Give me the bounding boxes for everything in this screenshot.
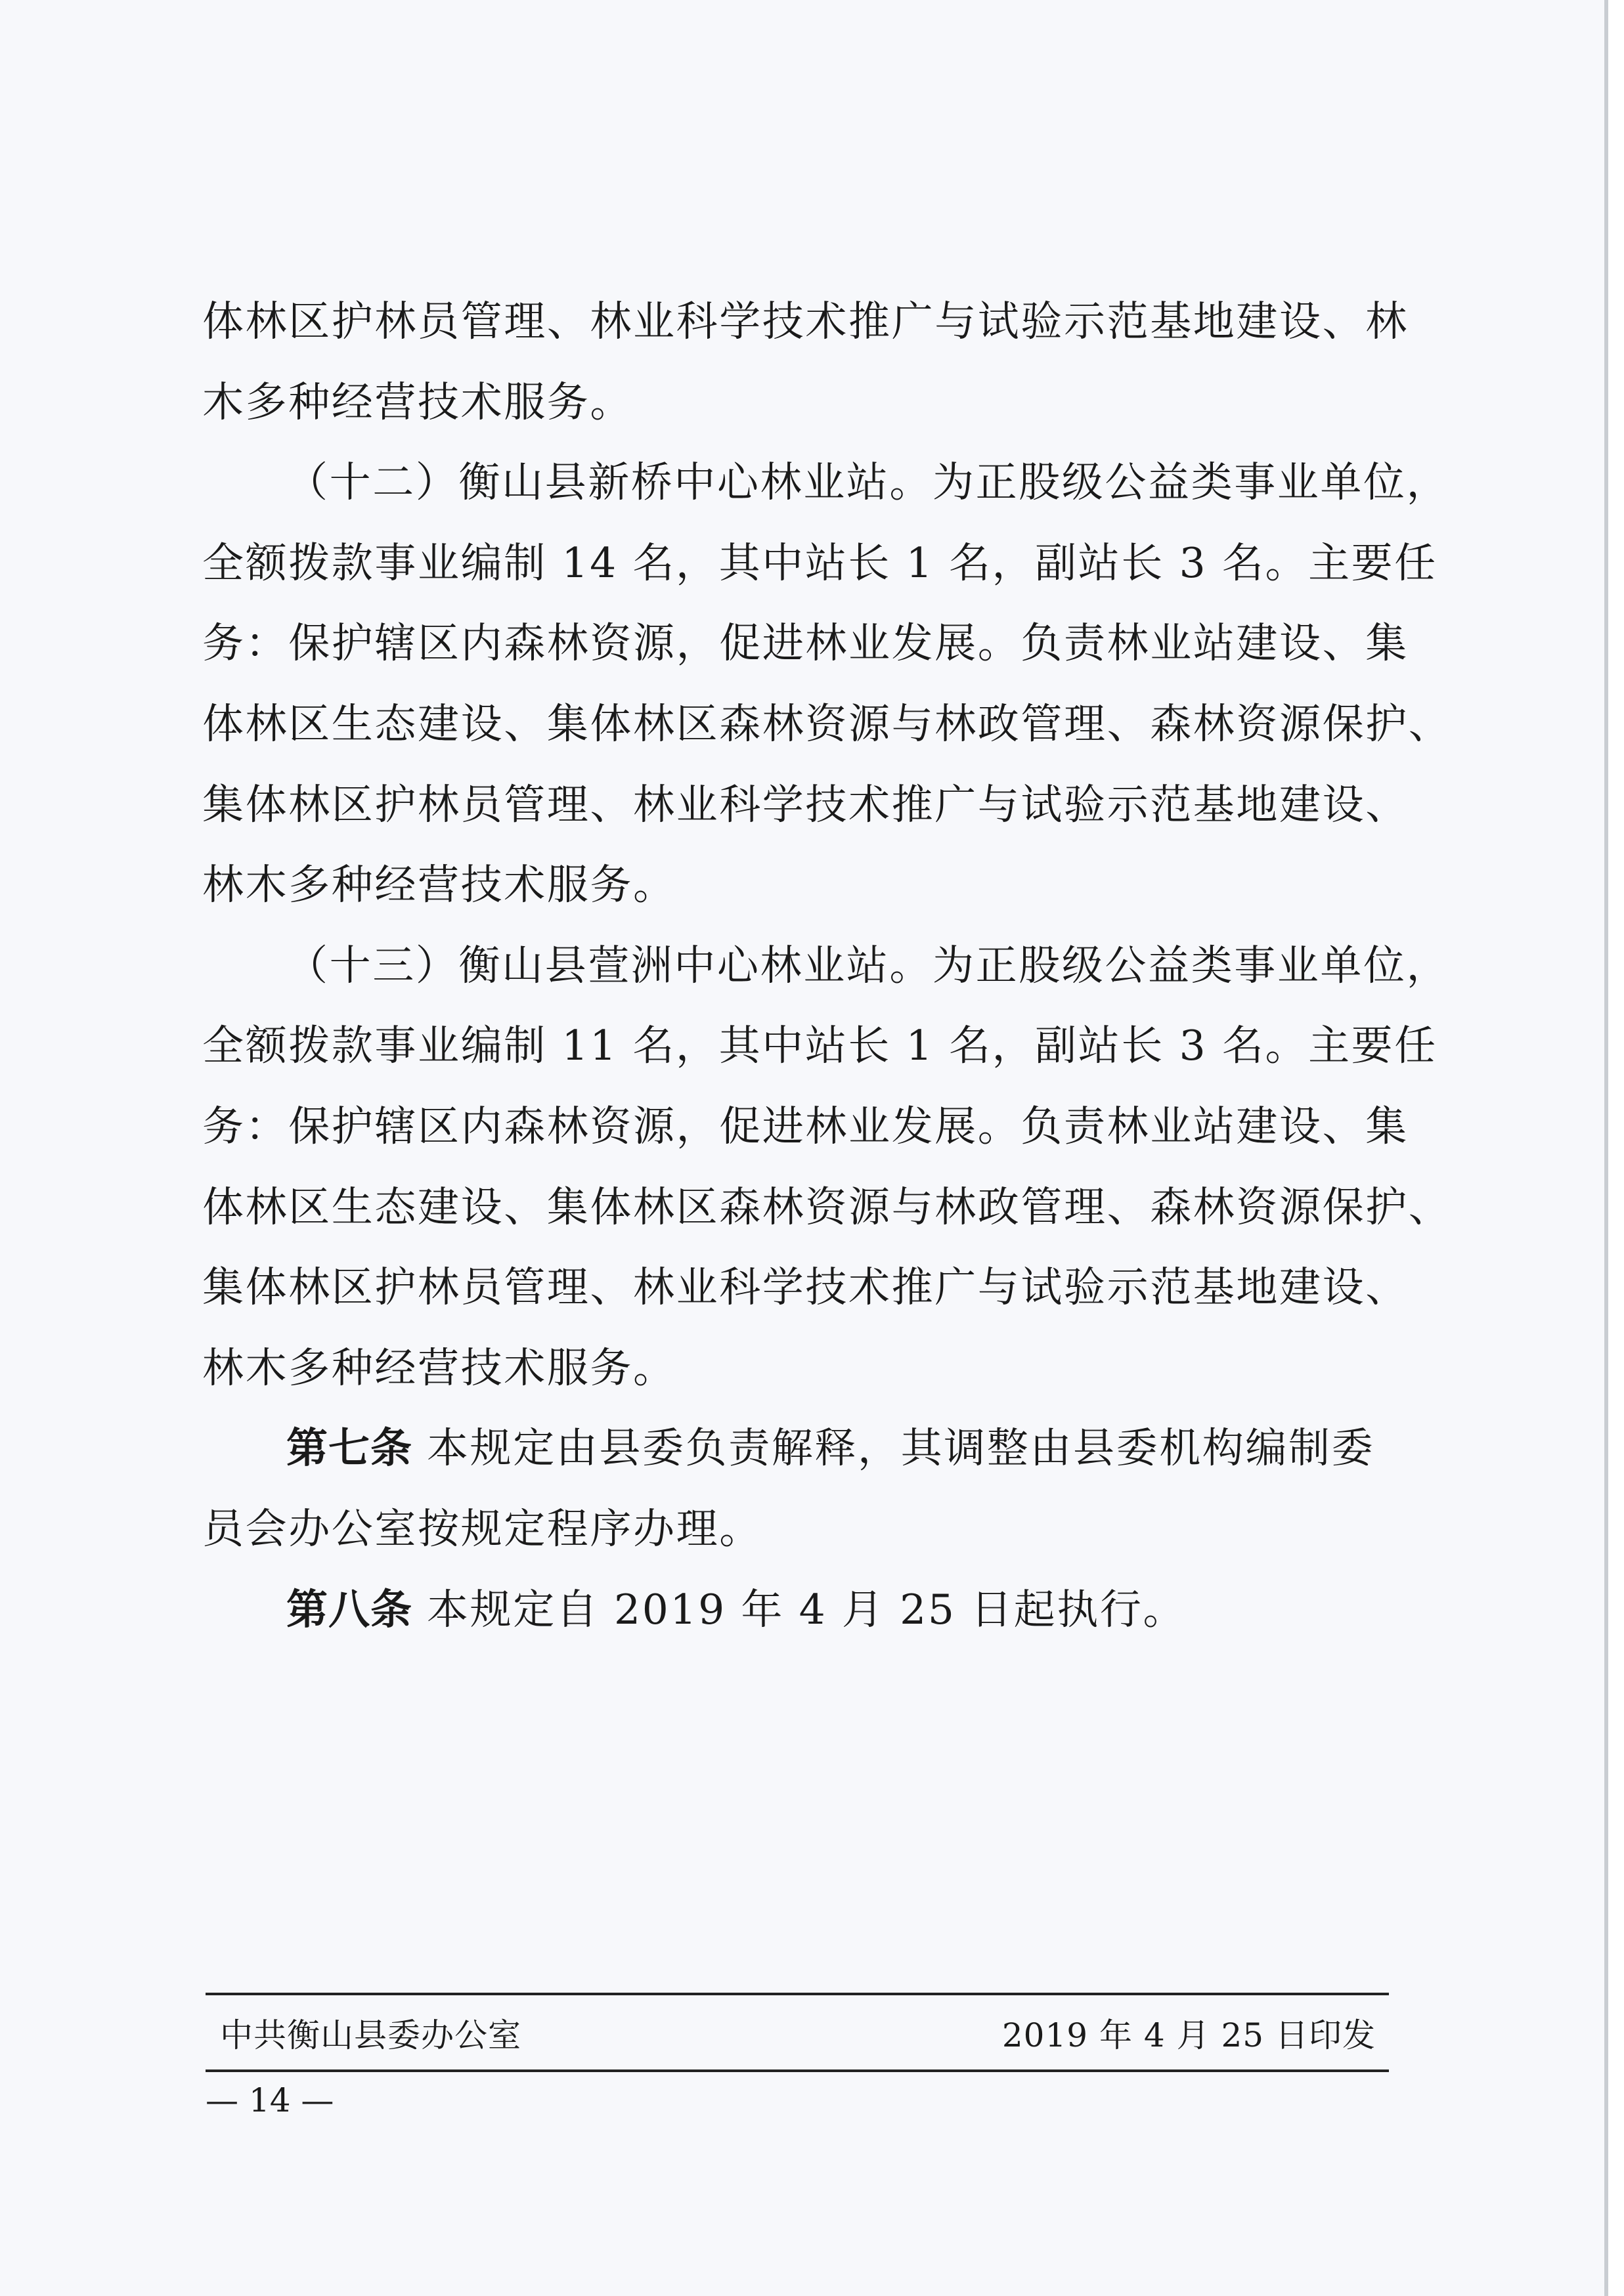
body-line: 务：保护辖区内森林资源，促进林业发展。负责林业站建设、集 <box>202 616 1405 697</box>
body-line: 体林区护林员管理、林业科学技术推广与试验示范基地建设、林 <box>202 294 1405 375</box>
footer-imprint: 中共衡山县委办公室 2019 年 4 月 25 日印发 <box>220 2009 1376 2056</box>
body-line: 全额拨款事业编制 11 名，其中站长 1 名，副站长 3 名。主要任 <box>202 1018 1405 1099</box>
article-7: 第七条本规定由县委负责解释，其调整由县委机构编制委 <box>202 1421 1405 1502</box>
body-line: 体林区生态建设、集体林区森林资源与林政管理、森林资源保护、 <box>202 1180 1405 1261</box>
article-7-continuation: 员会办公室按规定程序办理。 <box>202 1502 1405 1582</box>
article-8-text: 本规定自 2019 年 4 月 25 日起执行。 <box>427 1586 1186 1634</box>
footer-bottom-rule <box>206 2069 1389 2072</box>
body-line: 木多种经营技术服务。 <box>202 375 1405 456</box>
section-13-heading-line: （十三）衡山县萱洲中心林业站。为正股级公益类事业单位， <box>202 938 1405 1019</box>
article-7-label: 第七条 <box>286 1424 412 1472</box>
body-line: 林木多种经营技术服务。 <box>202 1341 1405 1421</box>
footer-top-rule <box>206 1993 1389 1995</box>
body-line: 体林区生态建设、集体林区森林资源与林政管理、森林资源保护、 <box>202 697 1405 777</box>
article-8: 第八条本规定自 2019 年 4 月 25 日起执行。 <box>202 1582 1405 1663</box>
section-12-heading-line: （十二）衡山县新桥中心林业站。为正股级公益类事业单位， <box>202 455 1405 536</box>
scan-margin <box>1608 0 1624 2296</box>
article-8-label: 第八条 <box>286 1586 412 1634</box>
body-line: 集体林区护林员管理、林业科学技术推广与试验示范基地建设、 <box>202 777 1405 858</box>
body-line: 务：保护辖区内森林资源，促进林业发展。负责林业站建设、集 <box>202 1099 1405 1180</box>
body-line: 全额拨款事业编制 14 名，其中站长 1 名，副站长 3 名。主要任 <box>202 536 1405 617</box>
article-7-text: 本规定由县委负责解释，其调整由县委机构编制委 <box>427 1424 1374 1472</box>
issuer: 中共衡山县委办公室 <box>220 2009 521 2056</box>
body-line: 林木多种经营技术服务。 <box>202 857 1405 938</box>
page-number: — 14 — <box>206 2081 334 2119</box>
body-line: 集体林区护林员管理、林业科学技术推广与试验示范基地建设、 <box>202 1260 1405 1341</box>
document-body: 体林区护林员管理、林业科学技术推广与试验示范基地建设、林 木多种经营技术服务。 … <box>202 294 1405 1662</box>
print-date: 2019 年 4 月 25 日印发 <box>1002 2009 1376 2056</box>
